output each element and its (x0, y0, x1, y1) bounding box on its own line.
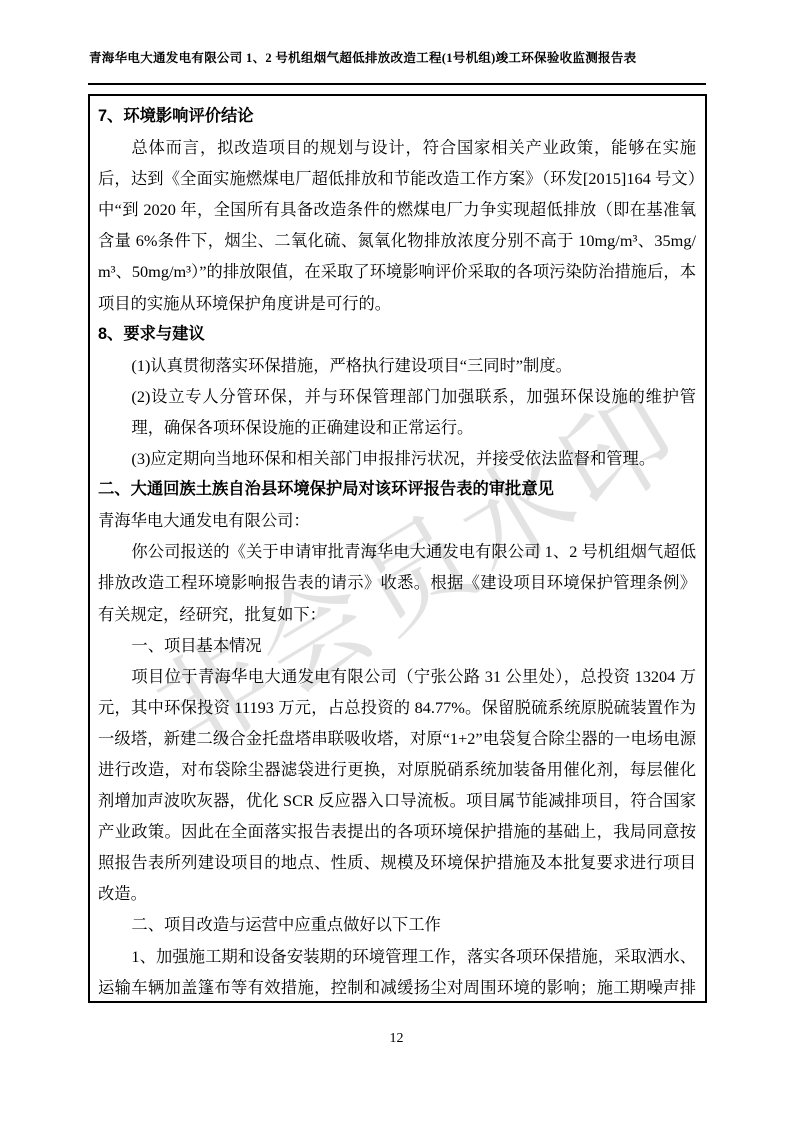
section-7-paragraph: 总体而言，拟改造项目的规划与设计，符合国家相关产业政策，能够在实施后，达到《全面… (98, 132, 696, 319)
requirement-item-1: (1)认真贯彻落实环保措施，严格执行建设项目“三同时”制度。 (98, 350, 696, 381)
document-header: 青海华电大通发电有限公司 1、2 号机组烟气超低排放改造工程(1号机组)竣工环保… (89, 48, 709, 66)
page-number: 12 (0, 1031, 793, 1047)
requirement-item-2: (2)设立专人分管环保，并与环保管理部门加强联系，加强环保设施的维护管理，确保各… (98, 381, 696, 443)
section-8-heading: 8、要求与建议 (98, 319, 696, 350)
construction-requirements-paragraph: 1、加强施工期和设备安装期的环境管理工作，落实各项环保措施，采取洒水、运输车辆加… (98, 941, 696, 1003)
approval-intro-paragraph: 你公司报送的《关于申请审批青海华电大通发电有限公司 1、2 号机组烟气超低排放改… (98, 536, 696, 629)
approval-section-heading: 二、大通回族土族自治县环境保护局对该环评报告表的审批意见 (98, 474, 696, 505)
content-box: 7、环境影响评价结论 总体而言，拟改造项目的规划与设计，符合国家相关产业政策，能… (88, 94, 707, 1003)
section-7-heading: 7、环境影响评价结论 (98, 101, 696, 132)
approval-salutation: 青海华电大通发电有限公司： (98, 505, 696, 536)
approval-subheading-project-basics: 一、项目基本情况 (98, 630, 696, 661)
approval-subheading-key-work: 二、项目改造与运营中应重点做好以下工作 (98, 909, 696, 940)
requirement-item-3: (3)应定期向当地环保和相关部门申报排污状况，并接受依法监督和管理。 (98, 443, 696, 474)
header-divider (88, 83, 706, 85)
project-overview-paragraph: 项目位于青海华电大通发电有限公司（宁张公路 31 公里处），总投资 13204 … (98, 661, 696, 910)
